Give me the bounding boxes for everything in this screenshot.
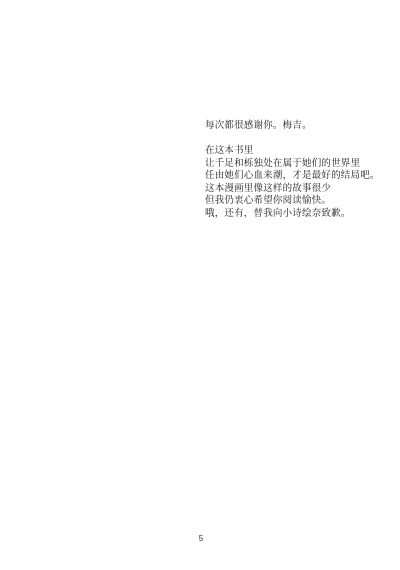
page-number: 5 bbox=[197, 534, 205, 543]
poem-line: 这本漫画里像这样的故事很少 bbox=[205, 183, 380, 196]
poem-line: 但我仍衷心希望你阅读愉快。 bbox=[205, 195, 380, 208]
poem-line: 让千足和栎独处在属于她们的世界里 bbox=[205, 158, 380, 171]
greeting-line: 每次都很感谢你。梅吉。 bbox=[205, 120, 312, 133]
poem-block: 在这本书里 让千足和栎独处在属于她们的世界里 任由她们心血来潮，才是最好的结局吧… bbox=[205, 145, 380, 220]
poem-line: 哦，还有，替我向小诗绘奈致歉。 bbox=[205, 208, 380, 221]
poem-line: 在这本书里 bbox=[205, 145, 380, 158]
poem-line: 任由她们心血来潮，才是最好的结局吧。 bbox=[205, 170, 380, 183]
document-page: 每次都很感谢你。梅吉。 在这本书里 让千足和栎独处在属于她们的世界里 任由她们心… bbox=[0, 0, 400, 570]
greeting-text: 每次都很感谢你。梅吉。 bbox=[205, 120, 312, 133]
